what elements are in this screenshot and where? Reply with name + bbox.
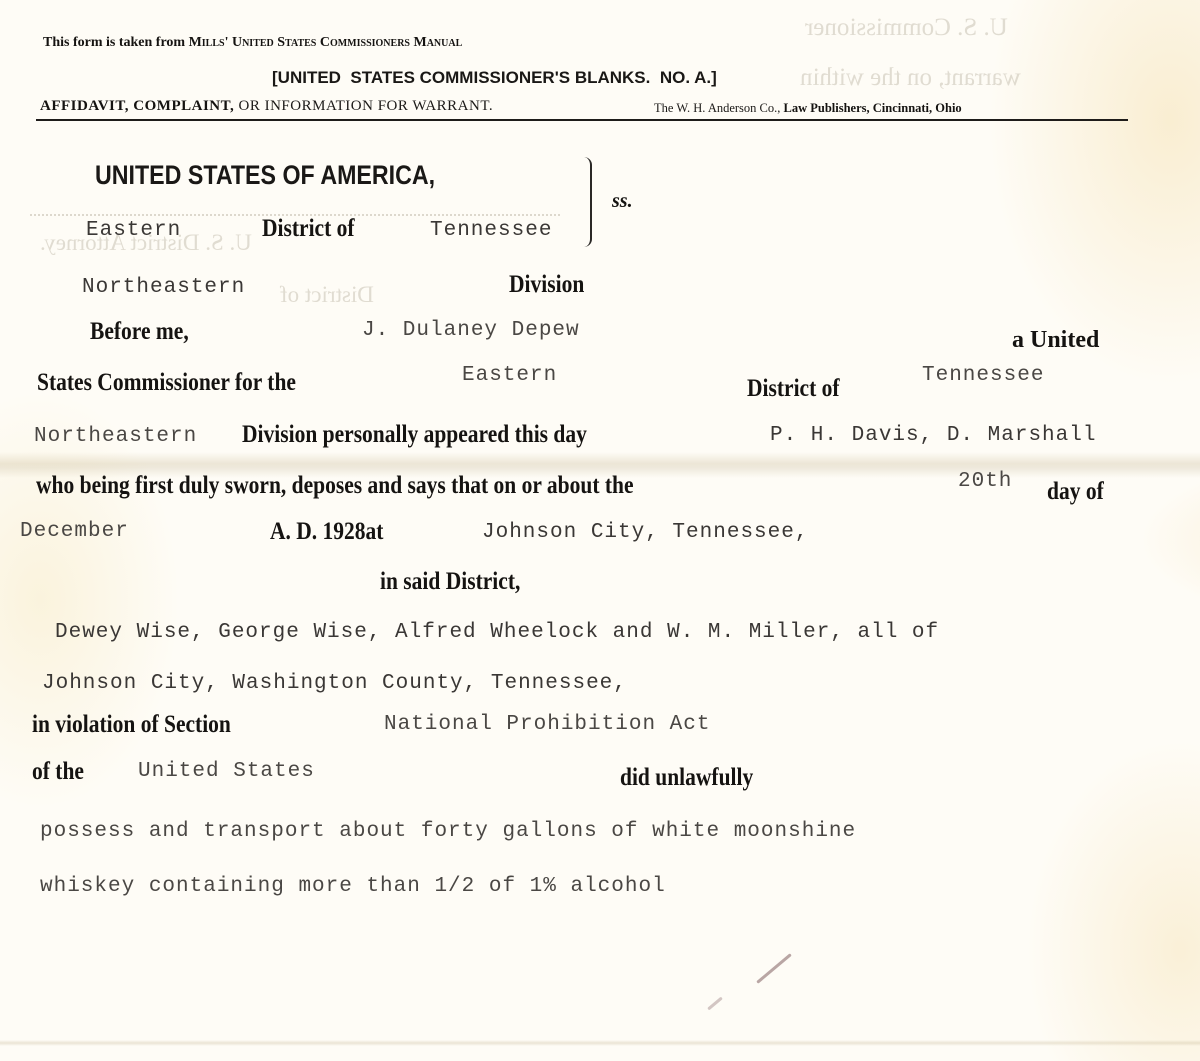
day-value: 20th xyxy=(958,470,1012,493)
before-me-label: Before me, xyxy=(90,318,189,346)
at-label: at xyxy=(366,518,384,545)
publisher-prefix: The W. H. Anderson Co., xyxy=(654,101,780,115)
statute-value: National Prohibition Act xyxy=(384,713,710,736)
ad-prefix: A. D. 19 xyxy=(270,518,344,545)
commissioner-district: Eastern xyxy=(462,364,557,387)
defendants-residence: Johnson City, Washington County, Tenness… xyxy=(42,672,627,695)
ink-mark xyxy=(756,953,792,984)
commissioner-name: J. Dulaney Depew xyxy=(362,319,580,342)
year-suffix: 28 xyxy=(344,518,366,545)
source-note: This form is taken from Mills' United St… xyxy=(43,35,462,51)
commissioner-state: Tennessee xyxy=(922,364,1044,387)
month-value: December xyxy=(20,520,129,543)
ss-mark: ss. xyxy=(612,190,633,213)
venue-district-direction: Eastern xyxy=(86,219,181,242)
publisher-bold: Law Publishers, Cincinnati, Ohio xyxy=(784,101,962,115)
jurisdiction-value: United States xyxy=(138,760,315,783)
fold-crease-bottom xyxy=(0,1040,1200,1046)
offense-line-1: possess and transport about forty gallon… xyxy=(40,820,856,843)
body-division-name: Northeastern xyxy=(34,425,197,448)
place-value: Johnson City, Tennessee, xyxy=(482,521,808,544)
in-said-district-label: in said District, xyxy=(380,568,520,596)
did-unlawfully-label: did unlawfully xyxy=(620,764,753,792)
venue-district-label: District of xyxy=(262,215,355,243)
defendants: Dewey Wise, George Wise, Alfred Wheelock… xyxy=(55,621,939,644)
bleed-through-district-of: District of xyxy=(280,282,374,308)
bleed-through-warrant: warrant, on the within xyxy=(800,64,1021,92)
day-of-label: day of xyxy=(1047,478,1104,506)
venue-brace xyxy=(582,157,592,247)
venue-division-label: Division xyxy=(509,271,584,299)
bleed-through-commissioner: U. S. Commissioner xyxy=(805,14,1008,42)
affiants: P. H. Davis, D. Marshall xyxy=(770,424,1096,447)
ad-label: A. D. 1928at xyxy=(270,518,383,546)
district-of-label: District of xyxy=(747,375,840,403)
states-commissioner-label: States Commissioner for the xyxy=(37,369,296,397)
series-title: [UNITED STATES COMMISSIONER'S BLANKS. NO… xyxy=(272,68,717,88)
country-heading: UNITED STATES OF AMERICA, xyxy=(95,160,435,191)
form-title-bold: AFFIDAVIT, COMPLAINT, xyxy=(40,98,234,114)
a-united-label: a United xyxy=(1012,327,1099,354)
header-rule xyxy=(36,119,1128,121)
violation-label: in violation of Section xyxy=(32,711,231,739)
offense-line-2: whiskey containing more than 1/2 of 1% a… xyxy=(40,875,666,898)
ink-mark-small xyxy=(707,997,723,1011)
appeared-label: Division personally appeared this day xyxy=(242,421,587,449)
source-note-prefix: This form is taken from xyxy=(43,35,185,50)
sworn-label: who being first duly sworn, deposes and … xyxy=(36,472,634,500)
form-title: AFFIDAVIT, COMPLAINT, OR INFORMATION FOR… xyxy=(40,98,493,115)
publisher: The W. H. Anderson Co., Law Publishers, … xyxy=(654,101,962,116)
venue-division-name: Northeastern xyxy=(82,276,245,299)
venue-state: Tennessee xyxy=(430,219,552,242)
form-title-rest: OR INFORMATION FOR WARRANT. xyxy=(239,98,494,114)
of-the-label: of the xyxy=(32,758,84,786)
source-note-manual: Mills' United States Commissioners Manua… xyxy=(189,35,463,50)
scanned-document-page: U. S. Commissioner warrant, on the withi… xyxy=(0,0,1200,1061)
